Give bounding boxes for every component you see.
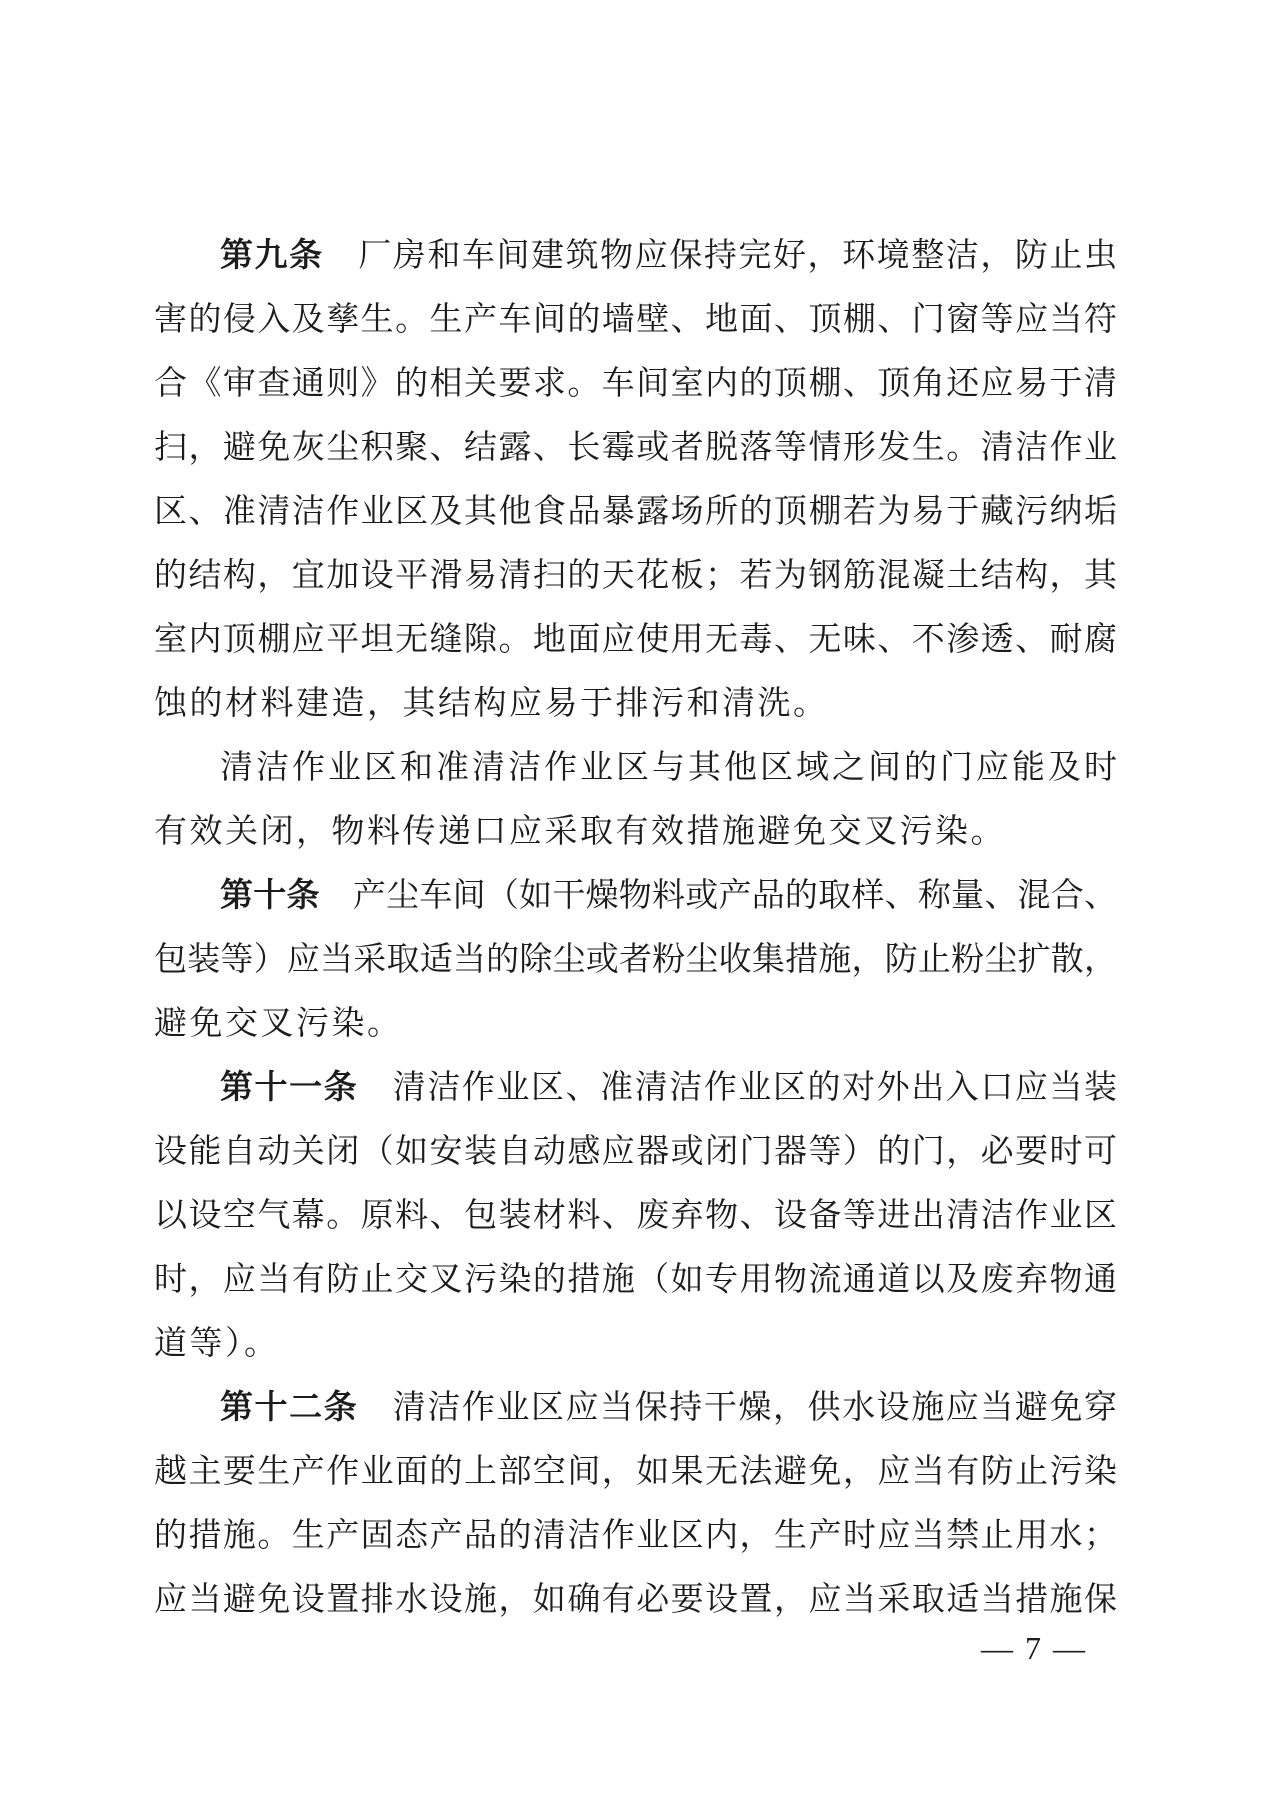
- document-body: 第九条 厂房和车间建筑物应保持完好，环境整洁，防止虫害的侵入及孳生。生产车间的墙…: [154, 224, 1117, 1632]
- article-9: 第九条 厂房和车间建筑物应保持完好，环境整洁，防止虫害的侵入及孳生。生产车间的墙…: [154, 224, 1117, 736]
- text-segment: 害的侵入及孳生。生产车间的墙壁、地面、顶棚、门窗等应当符: [154, 302, 1117, 338]
- text-segment: 设能自动关闭（如安装自动感应器或闭门器等）的门，必要时可: [154, 1134, 1117, 1170]
- text-line: 的结构，宜加设平滑易清扫的天花板；若为钢筋混凝土结构，其: [154, 544, 1117, 608]
- text-line: 区、准清洁作业区及其他食品暴露场所的顶棚若为易于藏污纳垢: [154, 480, 1117, 544]
- text-line: 第九条 厂房和车间建筑物应保持完好，环境整洁，防止虫: [154, 224, 1117, 288]
- text-line: 设能自动关闭（如安装自动感应器或闭门器等）的门，必要时可: [154, 1120, 1117, 1184]
- article-label: 第十二条: [220, 1390, 358, 1426]
- text-segment: 时，应当有防止交叉污染的措施（如专用物流通道以及废弃物通: [154, 1262, 1117, 1298]
- text-line: 道等）。: [154, 1312, 1117, 1376]
- text-line: 时，应当有防止交叉污染的措施（如专用物流通道以及废弃物通: [154, 1248, 1117, 1312]
- text-line: 以设空气幕。原料、包装材料、废弃物、设备等进出清洁作业区: [154, 1184, 1117, 1248]
- text-line: 的措施。生产固态产品的清洁作业区内，生产时应当禁止用水；: [154, 1504, 1117, 1568]
- paragraph-clean-area-doors: 清洁作业区和准清洁作业区与其他区域之间的门应能及时有效关闭，物料传递口应采取有效…: [154, 736, 1117, 864]
- text-line: 包装等）应当采取适当的除尘或者粉尘收集措施，防止粉尘扩散，: [154, 928, 1117, 992]
- text-line: 第十二条 清洁作业区应当保持干燥，供水设施应当避免穿: [154, 1376, 1117, 1440]
- article-label: 第十条: [220, 878, 320, 914]
- text-segment: 扫，避免灰尘积聚、结露、长霉或者脱落等情形发生。清洁作业: [154, 430, 1117, 466]
- article-11: 第十一条 清洁作业区、准清洁作业区的对外出入口应当装设能自动关闭（如安装自动感应…: [154, 1056, 1117, 1376]
- text-segment: 越主要生产作业面的上部空间，如果无法避免，应当有防止污染: [154, 1454, 1117, 1490]
- article-10: 第十条 产尘车间（如干燥物料或产品的取样、称量、混合、包装等）应当采取适当的除尘…: [154, 864, 1117, 1056]
- article-12: 第十二条 清洁作业区应当保持干燥，供水设施应当避免穿越主要生产作业面的上部空间，…: [154, 1376, 1117, 1632]
- text-line: 合《审查通则》的相关要求。车间室内的顶棚、顶角还应易于清: [154, 352, 1117, 416]
- text-line: 清洁作业区和准清洁作业区与其他区域之间的门应能及时: [154, 736, 1117, 800]
- text-segment: 以设空气幕。原料、包装材料、废弃物、设备等进出清洁作业区: [154, 1198, 1117, 1234]
- page-number: — 7 —: [154, 1628, 1087, 1668]
- text-line: 有效关闭，物料传递口应采取有效措施避免交叉污染。: [154, 800, 1117, 864]
- text-segment: 清洁作业区、准清洁作业区的对外出入口应当装: [358, 1070, 1117, 1106]
- document-page: 第九条 厂房和车间建筑物应保持完好，环境整洁，防止虫害的侵入及孳生。生产车间的墙…: [0, 0, 1280, 1809]
- article-label: 第九条: [220, 238, 324, 274]
- text-segment: 合《审查通则》的相关要求。车间室内的顶棚、顶角还应易于清: [154, 366, 1117, 402]
- text-line: 避免交叉污染。: [154, 992, 1117, 1056]
- text-segment: 道等）。: [154, 1326, 280, 1362]
- text-segment: 应当避免设置排水设施，如确有必要设置，应当采取适当措施保: [154, 1582, 1117, 1618]
- text-line: 第十条 产尘车间（如干燥物料或产品的取样、称量、混合、: [154, 864, 1117, 928]
- text-line: 扫，避免灰尘积聚、结露、长霉或者脱落等情形发生。清洁作业: [154, 416, 1117, 480]
- text-segment: 区、准清洁作业区及其他食品暴露场所的顶棚若为易于藏污纳垢: [154, 494, 1117, 530]
- text-segment: 厂房和车间建筑物应保持完好，环境整洁，防止虫: [324, 238, 1117, 274]
- text-segment: 避免交叉污染。: [154, 1006, 403, 1042]
- text-segment: 的结构，宜加设平滑易清扫的天花板；若为钢筋混凝土结构，其: [154, 558, 1117, 594]
- text-line: 害的侵入及孳生。生产车间的墙壁、地面、顶棚、门窗等应当符: [154, 288, 1117, 352]
- text-segment: 室内顶棚应平坦无缝隙。地面应使用无毒、无味、不渗透、耐腐: [154, 622, 1117, 658]
- text-line: 应当避免设置排水设施，如确有必要设置，应当采取适当措施保: [154, 1568, 1117, 1632]
- text-segment: 蚀的材料建造，其结构应易于排污和清洗。: [154, 686, 829, 722]
- text-segment: 清洁作业区和准清洁作业区与其他区域之间的门应能及时: [220, 750, 1117, 786]
- text-segment: 有效关闭，物料传递口应采取有效措施避免交叉污染。: [154, 814, 1006, 850]
- text-line: 蚀的材料建造，其结构应易于排污和清洗。: [154, 672, 1117, 736]
- text-line: 室内顶棚应平坦无缝隙。地面应使用无毒、无味、不渗透、耐腐: [154, 608, 1117, 672]
- text-line: 越主要生产作业面的上部空间，如果无法避免，应当有防止污染: [154, 1440, 1117, 1504]
- text-segment: 清洁作业区应当保持干燥，供水设施应当避免穿: [358, 1390, 1117, 1426]
- article-label: 第十一条: [220, 1070, 358, 1106]
- text-segment: 包装等）应当采取适当的除尘或者粉尘收集措施，防止粉尘扩散，: [154, 942, 1117, 978]
- text-segment: 产尘车间（如干燥物料或产品的取样、称量、混合、: [320, 878, 1117, 914]
- text-segment: 的措施。生产固态产品的清洁作业区内，生产时应当禁止用水；: [154, 1518, 1117, 1554]
- text-line: 第十一条 清洁作业区、准清洁作业区的对外出入口应当装: [154, 1056, 1117, 1120]
